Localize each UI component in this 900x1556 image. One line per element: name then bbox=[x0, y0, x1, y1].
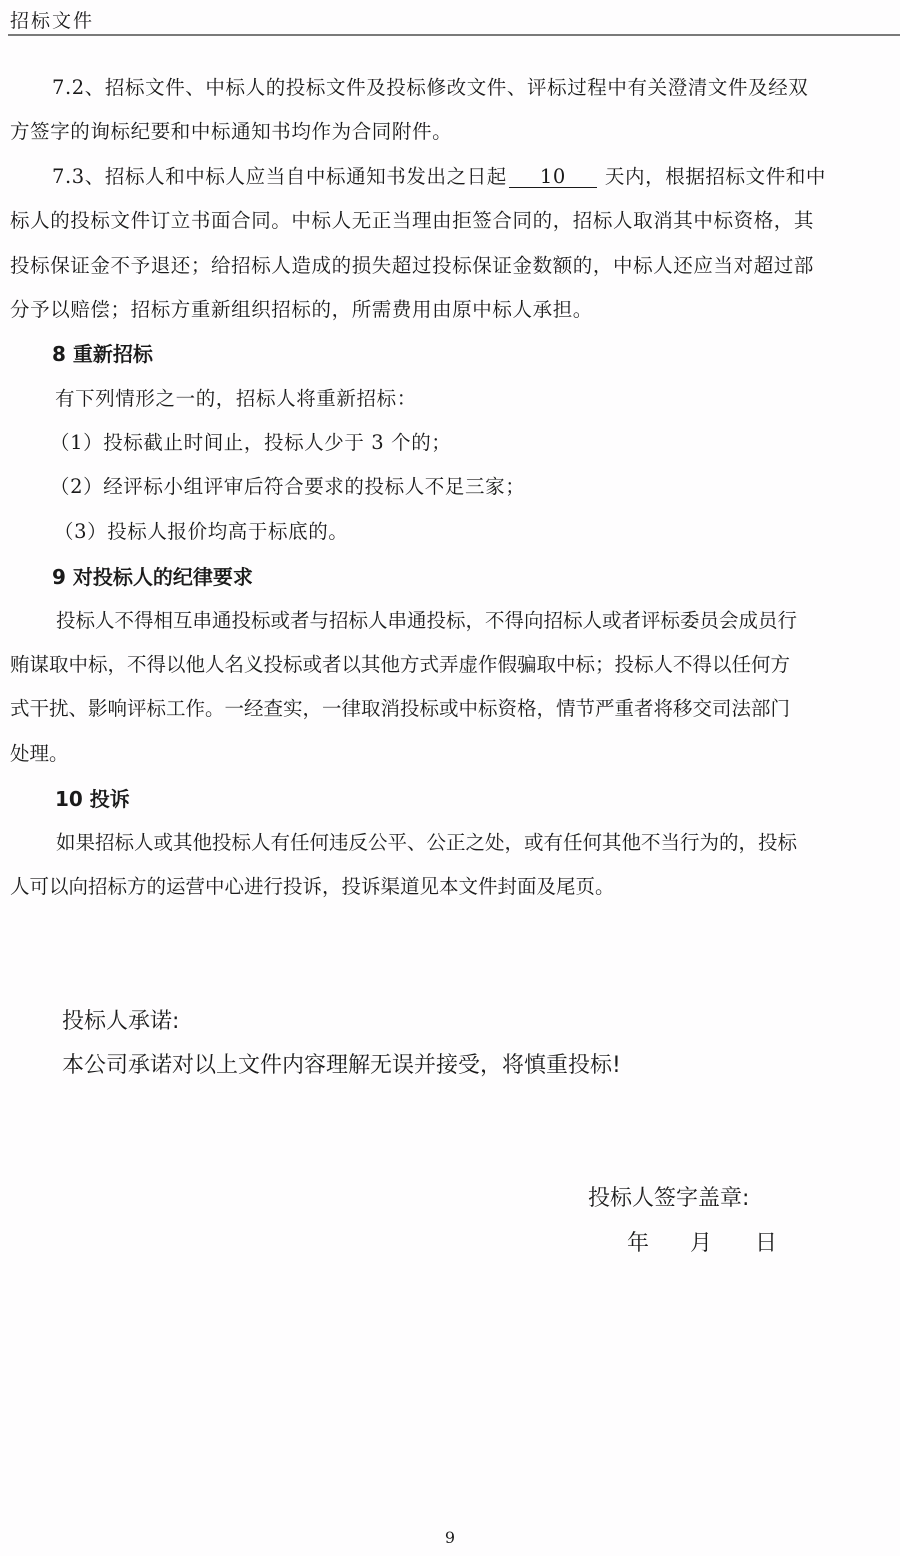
clause-7-3-text-before: 7.3、招标人和中标人应当自中标通知书发出之日起 bbox=[52, 165, 507, 188]
section-9-heading: 9 对投标人的纪律要求 bbox=[52, 565, 253, 589]
clause-7-3-line1: 7.3、招标人和中标人应当自中标通知书发出之日起10天内，根据招标文件和中 bbox=[10, 165, 892, 189]
section-8-intro: 有下列情形之一的，招标人将重新招标： bbox=[55, 387, 855, 411]
clause-7-2-line2: 方签字的询标纪要和中标通知书均作为合同附件。 bbox=[10, 120, 890, 144]
clause-7-3-line3: 投标保证金不予退还；给招标人造成的损失超过投标保证金数额的，中标人还应当对超过部 bbox=[10, 254, 890, 278]
discipline-line4: 处理。 bbox=[10, 742, 890, 766]
pledge-statement: 本公司承诺对以上文件内容理解无误并接受，将慎重投标! bbox=[62, 1052, 621, 1080]
section-8-heading: 8 重新招标 bbox=[52, 342, 153, 366]
complaint-line1: 如果招标人或其他投标人有任何违反公平、公正之处，或有任何其他不当行为的，投标 bbox=[10, 831, 892, 855]
discipline-line3: 式干扰、影响评标工作。一经查实，一律取消投标或中标资格，情节严重者将移交司法部门 bbox=[10, 697, 890, 721]
discipline-line2: 贿谋取中标，不得以他人名义投标或者以其他方式弄虚作假骗取中标；投标人不得以任何方 bbox=[10, 653, 890, 677]
header-title: 招标文件 bbox=[10, 6, 94, 33]
discipline-line1: 投标人不得相互串通投标或者与招标人串通投标，不得向招标人或者评标委员会成员行 bbox=[10, 609, 892, 633]
rebid-condition-1: （1）投标截止时间止，投标人少于 3 个的； bbox=[50, 431, 850, 455]
clause-7-2-line1: 7.2、招标文件、中标人的投标文件及投标修改文件、评标过程中有关澄清文件及经双 bbox=[10, 76, 892, 100]
clause-7-3-line4: 分予以赔偿；招标方重新组织招标的，所需费用由原中标人承担。 bbox=[10, 298, 890, 322]
pledge-title: 投标人承诺: bbox=[62, 1008, 179, 1036]
signature-label: 投标人签字盖章: bbox=[588, 1185, 749, 1213]
date-day-label: 日 bbox=[755, 1230, 777, 1258]
complaint-line2: 人可以向招标方的运营中心进行投诉，投诉渠道见本文件封面及尾页。 bbox=[10, 875, 890, 899]
clause-7-3-text-after: 天内，根据招标文件和中 bbox=[605, 165, 826, 188]
date-month-label: 月 bbox=[690, 1230, 712, 1258]
rebid-condition-3: （3）投标人报价均高于标底的。 bbox=[54, 520, 854, 544]
clause-7-3-line2: 标人的投标文件订立书面合同。中标人无正当理由拒签合同的，招标人取消其中标资格，其 bbox=[10, 209, 890, 233]
days-blank-field: 10 bbox=[509, 167, 597, 188]
header-divider bbox=[8, 34, 900, 36]
section-10-heading: 10 投诉 bbox=[55, 787, 130, 811]
page-number: 9 bbox=[0, 1528, 900, 1547]
rebid-condition-2: （2）经评标小组评审后符合要求的投标人不足三家； bbox=[50, 475, 850, 499]
date-year-label: 年 bbox=[627, 1230, 649, 1258]
